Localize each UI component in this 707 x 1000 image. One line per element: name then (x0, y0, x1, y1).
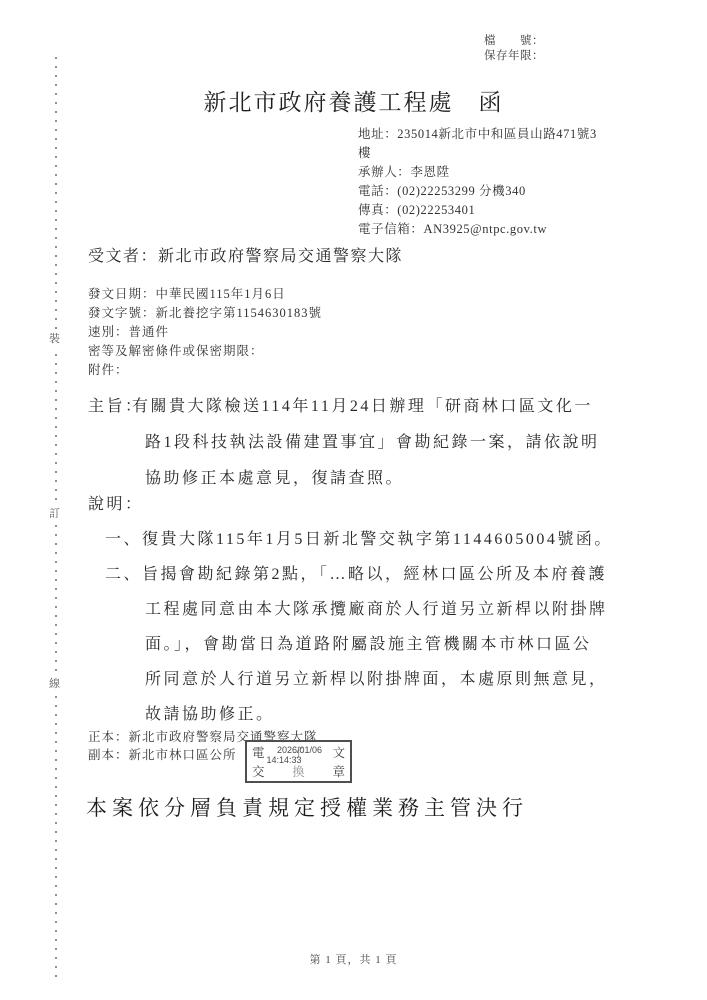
explanation-item-1: 一、復貴大隊115年1月5日新北警交執字第1144605004號函。 (88, 522, 668, 557)
stamp-char: 章 (332, 762, 345, 780)
attachment-label: 附件： (88, 361, 322, 380)
binding-mark-zhuang: 裝 (48, 331, 61, 347)
stamp-time: 14:14:33 (249, 755, 319, 765)
subject-line: 有關貴大隊檢送114年11月24日辦理「研商林口區文化一 (88, 389, 653, 425)
document-title: 新北市政府養護工程處 函 (0, 84, 707, 117)
explanation-section: 說明： 一、復貴大隊115年1月5日新北警交執字第1144605004號函。 二… (88, 487, 668, 732)
subject-label: 主旨： (88, 389, 144, 425)
page-number-footer: 第 1 頁，共 1 頁 (0, 951, 707, 967)
recipient-line: 受文者：新北市政府警察局交通警察大隊 (88, 243, 403, 266)
subject-section: 主旨： 有關貴大隊檢送114年11月24日辦理「研商林口區文化一 路1段科技執法… (88, 389, 653, 497)
speed-class: 速別：普通件 (88, 323, 322, 342)
stamp-date: 2026/01/06 (257, 745, 342, 755)
retention-period-label: 保存年限： (484, 49, 544, 64)
doc-number: 發文字號：新北養挖字第1154630183號 (88, 304, 322, 323)
binding-mark-ding: 訂 (48, 506, 61, 522)
explanation-item-2: 二、旨揭會勘紀錄第2點，「…略以，經林口區公所及本府養護 (88, 557, 668, 592)
official-letter-page: 裝 訂 線 檔 號： 保存年限： 新北市政府養護工程處 函 地址：235014新… (0, 0, 707, 1000)
explanation-label: 說明： (88, 487, 668, 522)
sender-info-block: 地址：235014新北市中和區員山路471號3 樓 承辦人：李恩陞 電話：(02… (358, 125, 597, 239)
explanation-item-2-cont: 工程處同意由本大隊承攬廠商於人行道另立新桿以附掛牌 (88, 592, 668, 627)
electronic-exchange-stamp: 電 子 文 交 換 章 2026/01/06 14:14:33 (245, 740, 352, 783)
sender-contact-person: 承辦人：李恩陞 (358, 163, 597, 182)
binding-mark-xian: 線 (48, 676, 61, 692)
sender-fax: 傳真：(02)22253401 (358, 201, 597, 220)
file-number-label: 檔 號： (484, 34, 544, 49)
file-number-block: 檔 號： 保存年限： (484, 34, 544, 63)
issue-date: 發文日期：中華民國115年1月6日 (88, 285, 322, 304)
sender-phone: 電話：(02)22253299 分機340 (358, 182, 597, 201)
subject-line: 路1段科技執法設備建置事宜」會勘紀錄一案，請依說明 (88, 425, 653, 461)
explanation-item-2-cont: 面。」，會勘當日為道路附屬設施主管機關本市林口區公 (88, 627, 668, 662)
sender-email: 電子信箱：AN3925@ntpc.gov.tw (358, 220, 597, 239)
doc-meta-block: 發文日期：中華民國115年1月6日 發文字號：新北養挖字第1154630183號… (88, 285, 322, 380)
delegation-decision-note: 本案依分層負責規定授權業務主管決行 (86, 792, 528, 822)
sender-address-line2: 樓 (358, 144, 597, 163)
security-class: 密等及解密條件或保密期限： (88, 342, 322, 361)
sender-address-line1: 地址：235014新北市中和區員山路471號3 (358, 125, 597, 144)
explanation-item-2-cont: 所同意於人行道另立新桿以附掛牌面，本處原則無意見， (88, 662, 668, 697)
explanation-item-2-cont: 故請協助修正。 (88, 697, 668, 732)
